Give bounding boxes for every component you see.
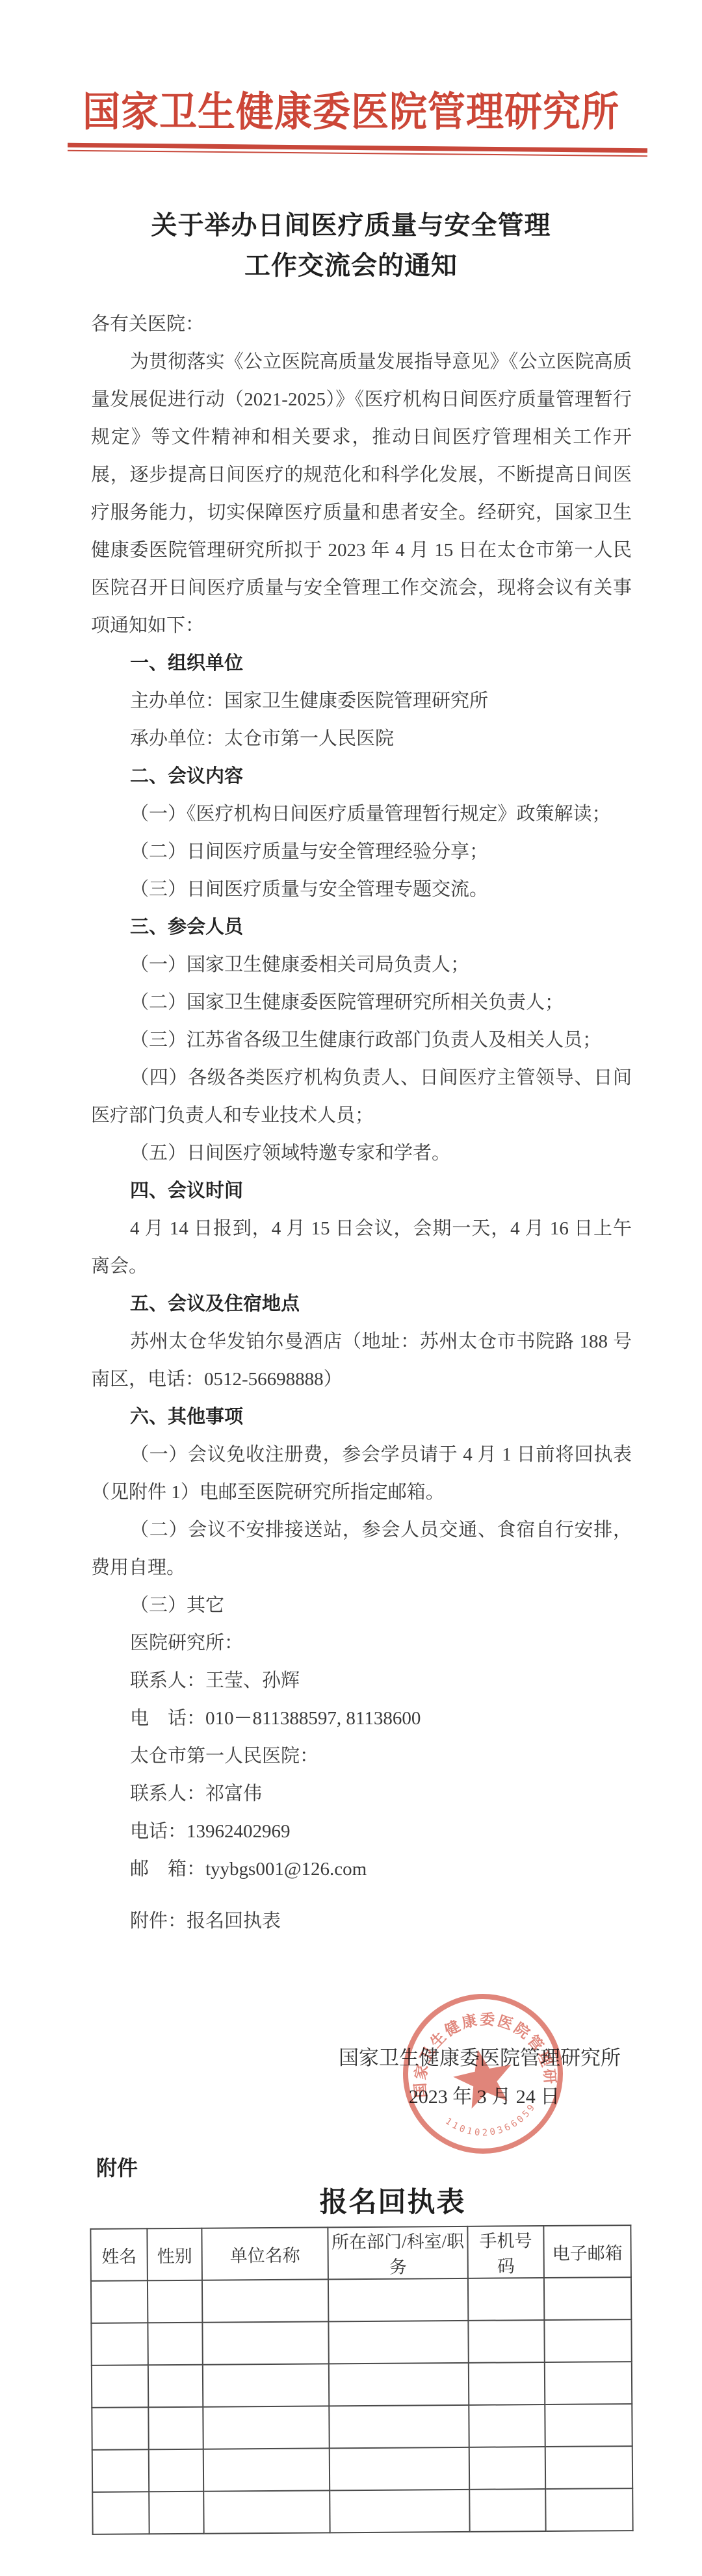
section3-item2: （二）国家卫生健康委医院管理研究所相关负责人； — [91, 984, 632, 1021]
column-header-email: 电子邮箱 — [543, 2225, 631, 2278]
reply-table-empty-cell — [91, 2323, 148, 2366]
section3-item5: （五）日间医疗领域特邀专家和学者。 — [91, 1134, 632, 1172]
section1-heading: 一、组织单位 — [91, 644, 632, 682]
reply-form-table: 姓名 性别 单位名称 所在部门/科室/职务 手机号码 电子邮箱 — [90, 2225, 633, 2535]
contact-org1-person: 联系人：王莹、孙辉 — [91, 1662, 632, 1700]
contact-org2-email: 邮 箱：tyybgs001@126.com — [91, 1850, 632, 1888]
intro-paragraph: 为贯彻落实《公立医院高质量发展指导意见》《公立医院高质量发展促进行动（2021-… — [91, 343, 632, 644]
reply-table-empty-cell — [469, 2447, 545, 2490]
section1-host-line: 主办单位：国家卫生健康委医院管理研究所 — [91, 682, 632, 720]
reply-table-empty-cell — [329, 2363, 469, 2406]
reply-table-empty-cell — [545, 2362, 632, 2404]
reply-form-title: 报名回执表 — [42, 2180, 702, 2220]
section3-item1: （一）国家卫生健康委相关司局负责人； — [91, 946, 632, 984]
reply-table-empty-cell — [202, 2279, 328, 2322]
section6-item2: （二）会议不安排接送站，参会人员交通、食宿自行安排，费用自理。 — [91, 1511, 632, 1587]
reply-table-empty-row — [92, 2404, 632, 2450]
reply-table-empty-cell — [329, 2405, 469, 2448]
section4-schedule-line: 4 月 14 日报到，4 月 15 日会议，会期一天，4 月 16 日上午离会。 — [91, 1210, 632, 1285]
section1-organizer-line: 承办单位：太仓市第一人民医院 — [91, 720, 632, 758]
reply-table-empty-cell — [148, 2280, 202, 2323]
reply-table-empty-cell — [544, 2277, 631, 2320]
section6-item3: （三）其它 — [91, 1587, 632, 1624]
reply-table-empty-cell — [545, 2488, 632, 2531]
seal-outer-ring — [391, 1982, 575, 2165]
reply-table-empty-cell — [148, 2365, 203, 2408]
reply-table-empty-cell — [203, 2490, 330, 2533]
reply-table-empty-cell — [544, 2319, 631, 2362]
reply-table-empty-cell — [203, 2364, 329, 2406]
section3-item3: （三）江苏省各级卫生健康行政部门负责人及相关人员； — [91, 1021, 632, 1059]
reply-table-empty-cell — [148, 2407, 203, 2450]
reply-table-empty-cell — [469, 2404, 545, 2447]
column-header-department: 所在部门/科室/职务 — [328, 2226, 468, 2279]
official-seal-stamp-icon: 国家卫生健康委医院管理研究所 1101020366059 — [383, 1974, 583, 2174]
scanned-notice-page: 国家卫生健康委医院管理研究所 关于举办日间医疗质量与安全管理 工作交流会的通知 … — [0, 0, 702, 2576]
column-header-name: 姓名 — [90, 2228, 148, 2281]
notice-body: 各有关医院： 为贯彻落实《公立医院高质量发展指导意见》《公立医院高质量发展促进行… — [91, 305, 632, 1940]
reply-table-empty-row — [92, 2488, 632, 2534]
document-title: 关于举办日间医疗质量与安全管理 工作交流会的通知 — [0, 205, 702, 286]
contact-org1-phone: 电 话：010－811388597, 81138600 — [91, 1700, 632, 1737]
contact-org2-person: 联系人：祁富伟 — [91, 1775, 632, 1813]
letterhead-org-name: 国家卫生健康委医院管理研究所 — [0, 85, 702, 140]
reply-table-empty-cell — [92, 2449, 149, 2492]
signature-date: 2023 年 3 月 24 日 — [390, 2084, 578, 2110]
document-title-line1: 关于举办日间医疗质量与安全管理 — [0, 205, 702, 246]
reply-table-empty-cell — [202, 2321, 328, 2364]
section2-item1: （一）《医疗机构日间医疗质量管理暂行规定》政策解读； — [91, 795, 632, 833]
reply-table-empty-cell — [149, 2492, 203, 2534]
reply-table-empty-row — [92, 2446, 632, 2492]
reply-table-empty-cell — [330, 2447, 469, 2490]
section2-heading: 二、会议内容 — [91, 758, 632, 795]
reply-table-empty-cell — [92, 2492, 149, 2534]
column-header-organization: 单位名称 — [201, 2227, 328, 2280]
attachment-note: 附件：报名回执表 — [91, 1902, 632, 1940]
attachment-label: 附件 — [96, 2152, 138, 2182]
reply-table-empty-row — [92, 2362, 632, 2408]
section5-heading: 五、会议及住宿地点 — [91, 1285, 632, 1323]
section6-heading: 六、其他事项 — [91, 1398, 632, 1436]
reply-table-empty-cell — [545, 2446, 632, 2489]
salutation: 各有关医院： — [91, 305, 632, 343]
reply-table-header-row: 姓名 性别 单位名称 所在部门/科室/职务 手机号码 电子邮箱 — [90, 2225, 631, 2281]
section6-item1: （一）会议免收注册费，参会学员请于 4 月 1 日前将回执表（见附件 1）电邮至… — [91, 1436, 632, 1511]
reply-table-empty-cell — [545, 2404, 632, 2447]
reply-table-empty-cell — [203, 2406, 329, 2449]
reply-table-empty-cell — [468, 2320, 544, 2363]
column-header-mobile: 手机号码 — [467, 2226, 544, 2278]
reply-table-empty-row — [91, 2319, 631, 2366]
section3-heading: 三、参会人员 — [91, 908, 632, 946]
contact-org1-name: 医院研究所： — [91, 1624, 632, 1662]
reply-table-empty-cell — [469, 2362, 545, 2405]
reply-table-empty-cell — [328, 2321, 468, 2364]
reply-table-empty-cell — [148, 2323, 202, 2366]
column-header-gender: 性别 — [147, 2228, 202, 2281]
section2-item3: （三）日间医疗质量与安全管理专题交流。 — [91, 871, 632, 908]
reply-table-body — [91, 2277, 633, 2534]
letterhead-divider — [68, 143, 647, 157]
reply-table-empty-cell — [468, 2278, 544, 2321]
reply-table-empty-row — [91, 2277, 631, 2323]
section4-heading: 四、会议时间 — [91, 1172, 632, 1210]
reply-table-empty-cell — [203, 2448, 330, 2491]
contact-org2-name: 太仓市第一人民医院： — [91, 1737, 632, 1775]
reply-table-empty-cell — [469, 2489, 545, 2532]
reply-table-empty-cell — [92, 2407, 148, 2450]
reply-table-empty-cell — [92, 2365, 148, 2408]
section3-item4: （四）各级各类医疗机构负责人、日间医疗主管领导、日间医疗部门负责人和专业技术人员… — [91, 1059, 632, 1134]
reply-table-empty-cell — [328, 2278, 468, 2321]
document-title-line2: 工作交流会的通知 — [0, 246, 702, 286]
section2-item2: （二）日间医疗质量与安全管理经验分享； — [91, 833, 632, 871]
reply-table-empty-cell — [149, 2449, 203, 2492]
signature-org-name: 国家卫生健康委医院管理研究所 — [338, 2045, 621, 2071]
reply-table-empty-cell — [91, 2280, 148, 2323]
section5-venue-line: 苏州太仓华发铂尔曼酒店（地址：苏州太仓市书院路 188 号南区，电话：0512-… — [91, 1323, 632, 1398]
reply-table-empty-cell — [330, 2490, 469, 2532]
contact-org2-phone: 电话：13962402969 — [91, 1813, 632, 1850]
